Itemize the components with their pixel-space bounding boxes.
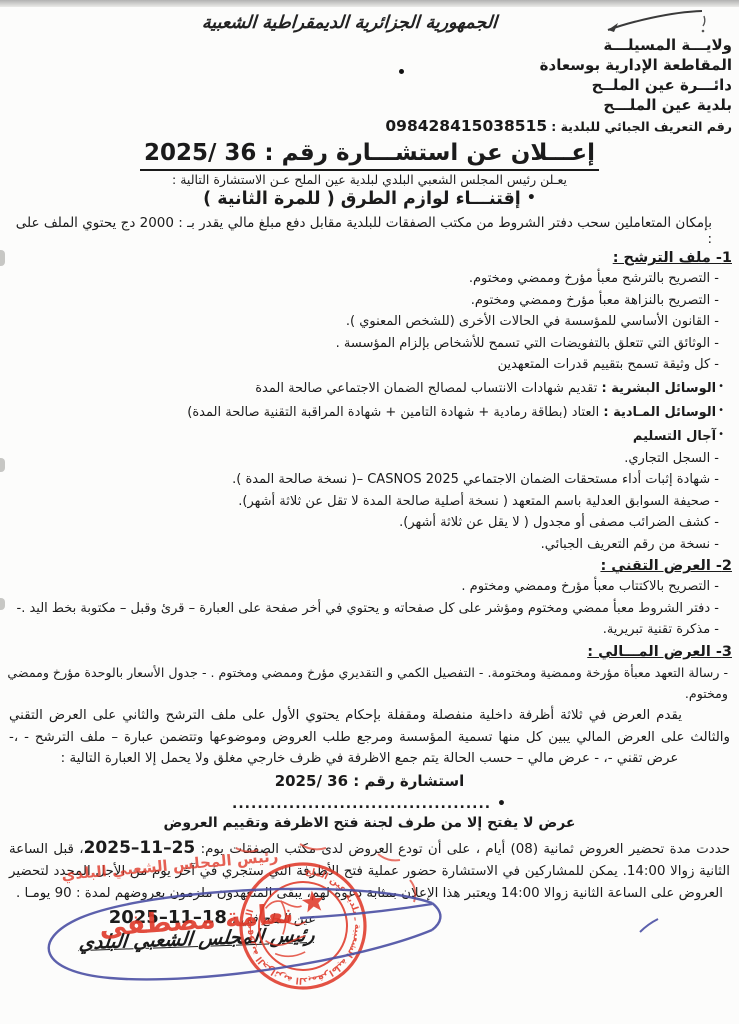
separator-dots: ........................................…	[232, 796, 491, 812]
dotted-separator: ........................................…	[7, 796, 732, 812]
section-3-heading: 3- العرض المـــالي :	[7, 644, 732, 660]
technical-item: - مذكرة تقنية تبريرية.	[7, 619, 732, 641]
bullet-icon: •	[527, 190, 536, 206]
republic-header: الجمهورية الجزائرية الديمقراطية الشعبية	[6, 13, 692, 33]
hr-resources-line: •الوسائل البشرية : تقديم شهادات الانتساب…	[7, 376, 732, 400]
material-resources-line: •الوسائل المـادية : العتاد (بطاقة رمادية…	[7, 400, 732, 424]
subject-text: إقتنـــاء لوازم الطرق ( للمرة الثانية )	[203, 189, 521, 209]
daira-line: دائـــرة عين الملــح	[7, 75, 732, 95]
document-body: الجمهورية الجزائرية الديمقراطية الشعبية …	[0, 7, 739, 950]
bullet-icon: •	[718, 381, 724, 392]
section-2-heading: 2- العرض التقني :	[7, 558, 732, 574]
section-1-heading: 1- ملف الترشح :	[7, 250, 732, 266]
candidacy-item: - السجل التجاري.	[7, 448, 732, 470]
candidacy-item: - التصريح بالنزاهة معبأ مؤرخ وممضي ومختو…	[7, 290, 732, 312]
scanned-announcement-page: { "doc": { "bullet_char": "•", "colors":…	[0, 0, 739, 1024]
stamp-and-signature-area: الجمهورية الجزائرية الديمقراطية الشعبية …	[0, 840, 739, 1024]
envelopes-paragraph: يقدم العرض في ثلاثة أظرفة داخلية منفصلة …	[9, 705, 730, 770]
technical-item: - التصريح بالاكتتاب معبأ مؤرخ وممضي ومخت…	[7, 576, 732, 598]
candidacy-item: - كشف الضرائب مصفى أو مجدول ( لا يقل عن …	[7, 512, 732, 534]
material-resources-text: العتاد (بطاقة رمادية + شهادة التامين + ش…	[187, 405, 599, 420]
authority-block: ولايـــة المسيلـــة المقاطعة الإدارية بو…	[7, 35, 732, 138]
star-icon	[301, 889, 325, 913]
candidacy-item: - نسخة من رقم التعريف الجبائي.	[7, 534, 732, 556]
bullet-icon: •	[718, 405, 724, 416]
commune-line: بلدية عين الملـــح	[7, 95, 732, 115]
district-line: المقاطعة الإدارية بوسعادة	[7, 55, 732, 75]
tax-id-line: رقم التعريف الجبائي للبلدية : 0984284150…	[7, 116, 732, 138]
candidacy-item: - شهادة إثبات أداء مستحقات الضمان الاجتم…	[7, 469, 732, 491]
fees-note-line: بإمكان المتعاملين سحب دفتر الشروط من مكت…	[7, 215, 712, 247]
tax-id-label: رقم التعريف الجبائي للبلدية :	[551, 119, 732, 134]
sealed-envelope-warning: عرض لا يفتح إلا من طرف لجنة فتح الاظرفة …	[7, 815, 732, 831]
delivery-terms-label: آجال التسليم	[633, 429, 716, 444]
subject-line: • إقتنـــاء لوازم الطرق ( للمرة الثانية …	[7, 189, 732, 209]
hr-resources-label: الوسائل البشرية :	[601, 381, 716, 396]
bullet-icon: •	[497, 796, 507, 812]
material-resources-label: الوسائل المـادية :	[603, 405, 716, 420]
announcement-title: إعـــلان عن استشـــارة رقم : 36 /2025	[140, 141, 599, 171]
bullet-icon: •	[718, 429, 724, 440]
candidacy-item: - صحيفة السوابق العدلية باسم المتعهد ( ن…	[7, 491, 732, 513]
candidacy-item: - التصريح بالترشح معبأ مؤرخ وممضي ومختوم…	[7, 268, 732, 290]
candidacy-item: - القانون الأساسي للمؤسسة في الحالات الأ…	[7, 311, 732, 333]
financial-items-line: - رسالة التعهد معبأة مؤرخة وممضية ومختوم…	[7, 662, 732, 704]
delivery-terms-line: •آجال التسليم	[7, 424, 732, 448]
tax-id-value: 098428415038515	[385, 117, 547, 135]
wilaya-line: ولايـــة المسيلـــة	[7, 35, 732, 55]
intro-line: يعـلن رئيس المجلس الشعبي البلدي لبلدية ع…	[7, 172, 732, 187]
technical-item: - دفتر الشروط معبأ ممضي ومختوم ومؤشر على…	[7, 598, 732, 620]
candidacy-item: - الوثائق التي تتعلق بالتفويضات التي تسم…	[7, 333, 732, 355]
stamp-title-text: رئيس المجلس الشعبي البلدي	[61, 847, 279, 885]
hr-resources-text: تقديم شهادات الانتساب لمصالح الضمان الاج…	[255, 381, 597, 396]
candidacy-item: - كل وثيقة تسمح بتقييم قدرات المتعهدين	[7, 354, 732, 376]
envelope-reference-line: استشارة رقم : 36 /2025	[7, 772, 732, 790]
